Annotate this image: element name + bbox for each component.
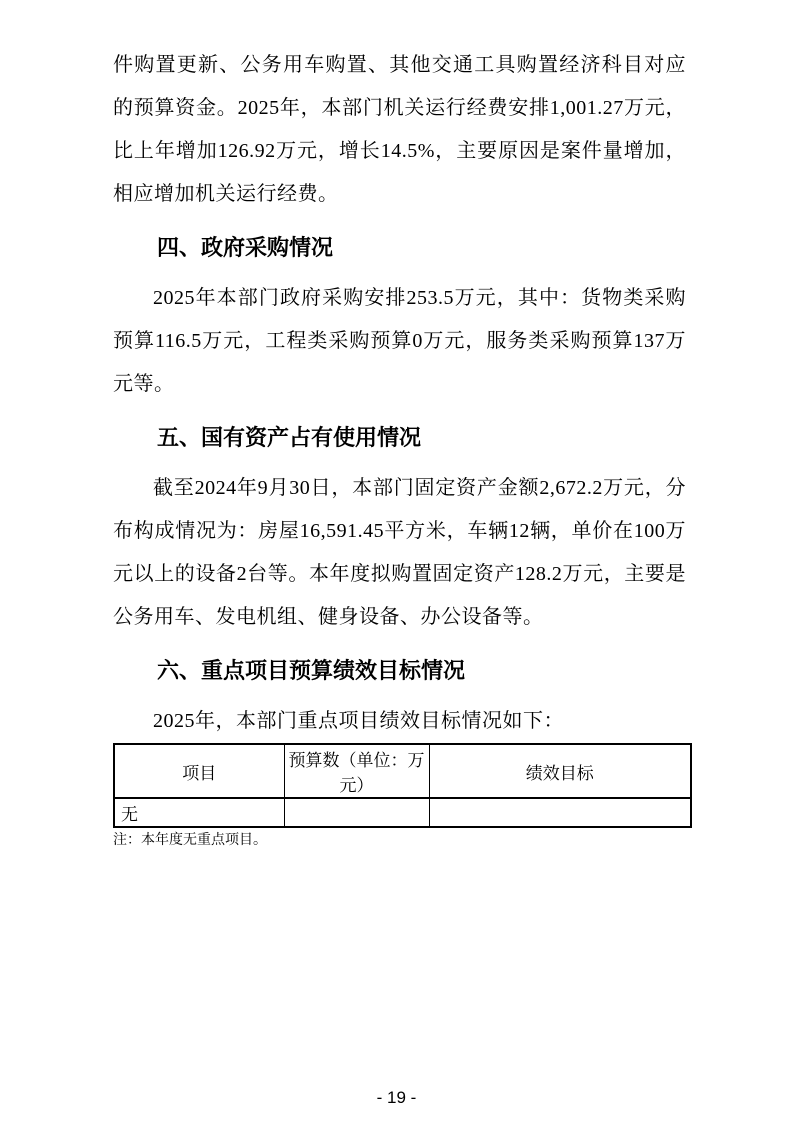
paragraph-key-project-performance: 2025年，本部门重点项目绩效目标情况如下： (113, 700, 686, 743)
cell-performance-target (429, 798, 691, 827)
section-heading-key-project-performance: 六、重点项目预算绩效目标情况 (113, 649, 686, 692)
table-header-row: 项目 预算数（单位：万元） 绩效目标 (114, 744, 691, 798)
cell-project: 无 (114, 798, 284, 827)
column-header-performance-target: 绩效目标 (429, 744, 691, 798)
paragraph-state-assets: 截至2024年9月30日，本部门固定资产金额2,672.2万元，分布构成情况为：… (113, 467, 686, 639)
cell-budget-amount (284, 798, 429, 827)
section-heading-government-procurement: 四、政府采购情况 (113, 226, 686, 269)
column-header-budget-amount: 预算数（单位：万元） (284, 744, 429, 798)
page-content: 件购置更新、公务用车购置、其他交通工具购置经济科目对应的预算资金。2025年，本… (113, 44, 686, 851)
page-number: - 19 - (0, 1088, 793, 1108)
paragraph-operating-funds-continuation: 件购置更新、公务用车购置、其他交通工具购置经济科目对应的预算资金。2025年，本… (113, 44, 686, 216)
paragraph-government-procurement: 2025年本部门政府采购安排253.5万元，其中：货物类采购预算116.5万元，… (113, 277, 686, 406)
table-note: 注：本年度无重点项目。 (113, 831, 686, 851)
section-heading-state-assets: 五、国有资产占有使用情况 (113, 416, 686, 459)
document-page: 件购置更新、公务用车购置、其他交通工具购置经济科目对应的预算资金。2025年，本… (0, 0, 793, 1122)
table-row: 无 (114, 798, 691, 827)
column-header-project: 项目 (114, 744, 284, 798)
performance-target-table: 项目 预算数（单位：万元） 绩效目标 无 (113, 743, 692, 828)
